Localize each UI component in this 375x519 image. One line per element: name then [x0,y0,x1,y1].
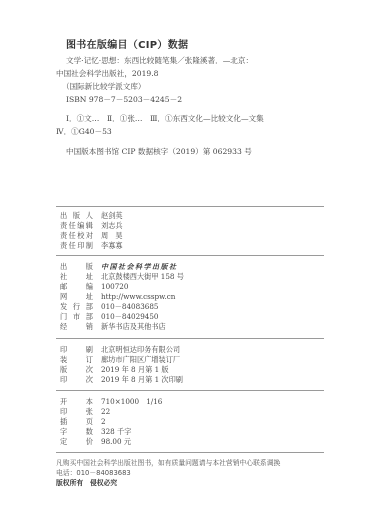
cip-classification-2: Ⅳ．①G40－53 [56,126,112,137]
cip-number: 中国版本图书馆 CIP 数据核字（2019）第 062933 号 [66,146,252,157]
printing-value: 廊坊市广阳区广增装订厂 [101,355,180,365]
printing-row: 印次2019 年 8 月第 1 次印刷 [60,375,183,385]
publisher-label: 邮编 [60,282,93,292]
staff-row: 责任校对周 昊 [60,231,123,241]
quality-notice: 凡购买中国社会科学出版社图书，如有质量问题请与本社营销中心联系调换 [56,457,280,467]
spec-value: 328 千字 [101,427,131,437]
publisher-label: 门市部 [60,312,93,322]
staff-value: 周 昊 [101,231,123,241]
publisher-row: 出版中国社会科学出版社 [60,262,178,272]
printing-label: 装订 [60,355,93,365]
spec-value: 22 [101,407,110,417]
spec-row: 字数328 千字 [60,427,131,437]
divider [56,390,324,391]
website-link[interactable]: http://www.csspw.cn [101,292,175,302]
publisher-label: 社址 [60,272,93,282]
spec-label: 开本 [60,397,93,407]
staff-value: 赵剑英 [101,211,123,221]
staff-label: 责任印制 [60,241,93,251]
printing-row: 印刷北京明恒达印务有限公司 [60,345,180,355]
spec-row: 印张22 [60,407,110,417]
spec-row: 开本710×1000 1/16 [60,397,162,407]
printing-label: 印刷 [60,345,93,355]
spec-value: 710×1000 1/16 [101,397,162,407]
cip-classification-1: Ⅰ．①文… Ⅱ．①张… Ⅲ．①东西文化—比较文化—文集 [66,113,264,124]
divider [56,255,324,256]
publisher-value: 100720 [101,282,128,292]
printing-label: 印次 [60,375,93,385]
staff-row: 责任编辑刘志兵 [60,221,123,231]
staff-value: 刘志兵 [101,221,123,231]
spec-label: 插页 [60,417,93,427]
cip-line-publisher: 中国社会科学出版社，2019.8 [56,68,159,79]
cip-title: 图书在版编目（CIP）数据 [66,36,188,51]
publisher-label: 网址 [60,292,93,302]
staff-label: 出 版 人 [60,211,93,221]
publisher-row: 网址http://www.csspw.cn [60,292,175,302]
spec-label: 印张 [60,407,93,417]
spec-value: 2 [101,417,106,427]
publisher-value: 010－84029450 [101,312,159,322]
price-value: 98.00 元 [101,437,131,447]
spec-label: 定价 [60,437,93,447]
cip-line-series: （国际新比较学派文库） [62,81,146,92]
cip-line-isbn: ISBN 978－7－5203－4245－2 [66,94,182,105]
cip-line-title: 文学·记忆·思想：东西比较随笔集／张隆溪著．—北京： [66,55,253,66]
staff-value: 李寡寡 [101,241,123,251]
printing-label: 版次 [60,365,93,375]
divider [56,206,324,207]
publisher-row: 发行部010－84083685 [60,302,159,312]
spec-row: 定价98.00 元 [60,437,131,447]
publisher-label: 经销 [60,322,93,332]
publisher-label: 出版 [60,262,93,272]
spec-label: 字数 [60,427,93,437]
publisher-value: 北京鼓楼西大街甲 158 号 [101,272,184,282]
staff-row: 责任印制李寡寡 [60,241,123,251]
publisher-value: 新华书店及其他书店 [101,322,166,332]
staff-label: 责任编辑 [60,221,93,231]
phone-notice: 电话：010－84083683 [56,467,131,477]
publisher-label: 发行部 [60,302,93,312]
spec-row: 插页2 [60,417,106,427]
staff-row: 出 版 人赵剑英 [60,211,123,221]
staff-label: 责任校对 [60,231,93,241]
publisher-row: 门市部010－84029450 [60,312,159,322]
publisher-row: 经销新华书店及其他书店 [60,322,166,332]
printing-value: 2019 年 8 月第 1 次印刷 [101,375,183,385]
publisher-value: 010－84083685 [101,302,159,312]
printing-value: 北京明恒达印务有限公司 [101,345,180,355]
publisher-row: 社址北京鼓楼西大街甲 158 号 [60,272,184,282]
divider [56,338,324,339]
printing-row: 版次2019 年 8 月第 1 版 [60,365,169,375]
divider [56,452,324,453]
publisher-row: 邮编100720 [60,282,128,292]
publisher-name: 中国社会科学出版社 [101,262,178,272]
rights-notice: 版权所有 侵权必究 [56,477,117,487]
printing-row: 装订廊坊市广阳区广增装订厂 [60,355,180,365]
printing-value: 2019 年 8 月第 1 版 [101,365,169,375]
